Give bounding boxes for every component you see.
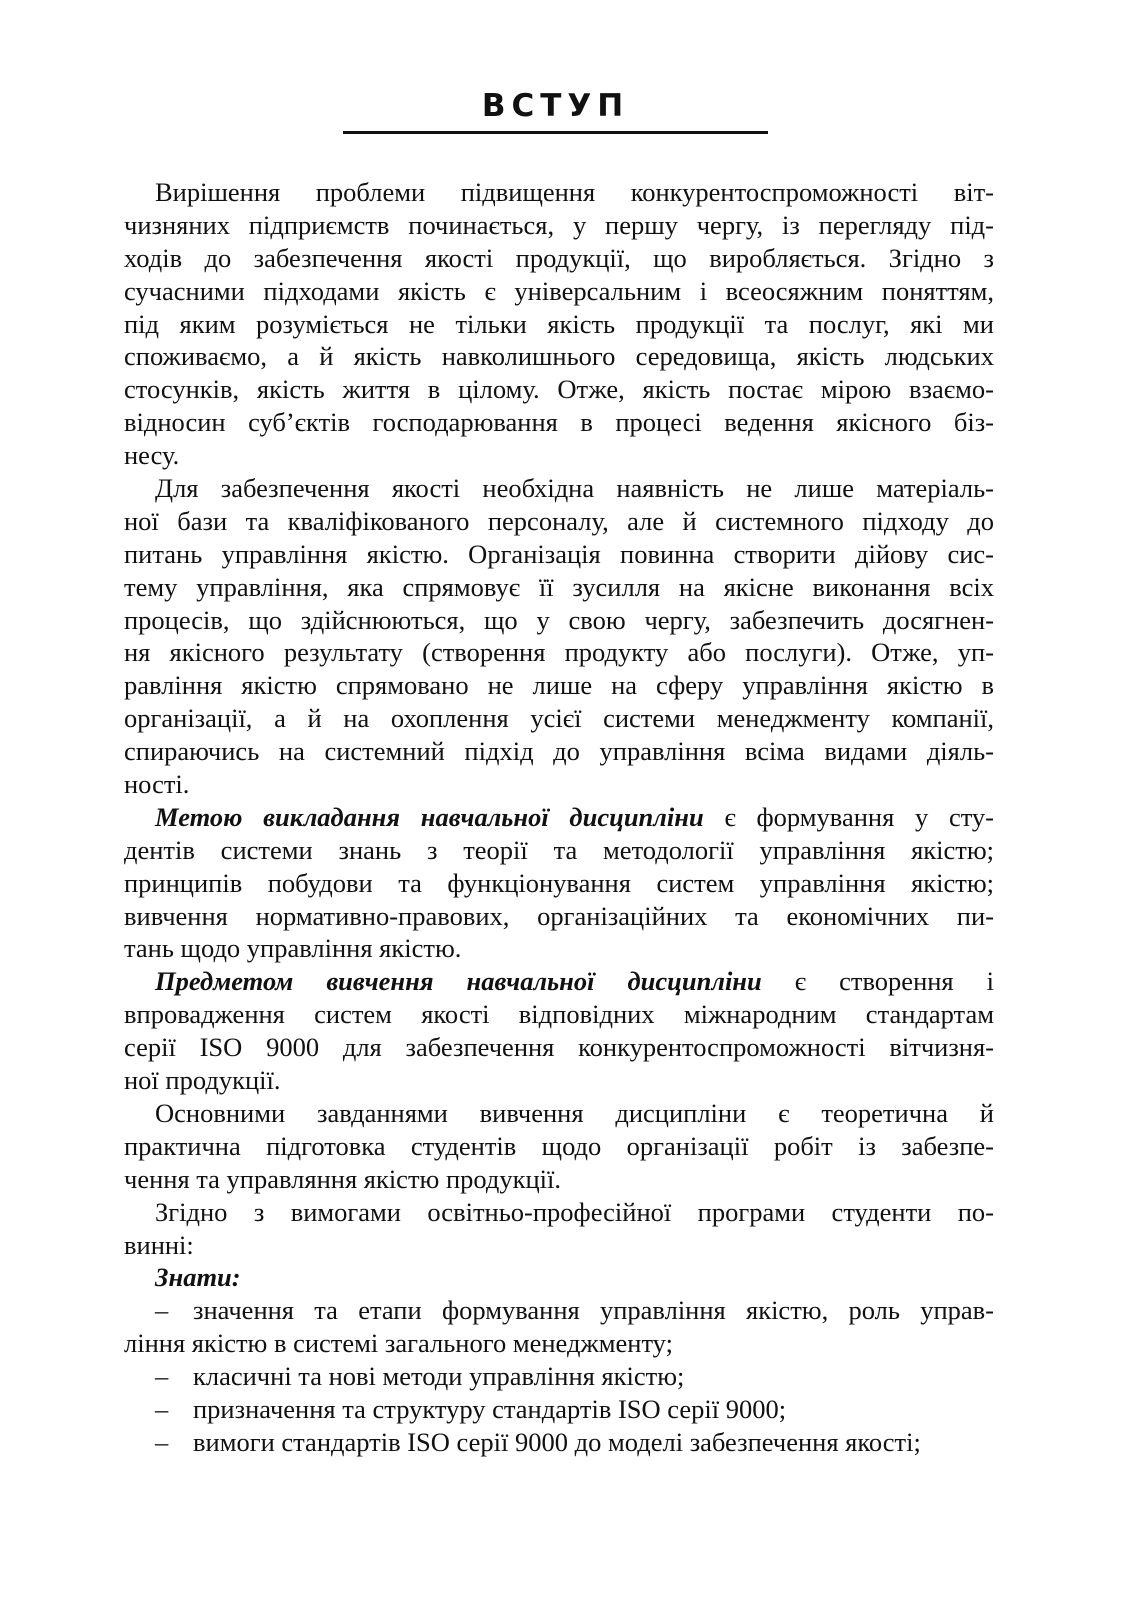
list-item-text: призначення та структуру стандартів ISO … [193,1394,786,1424]
know-section: Знати: –значення та етапи формування упр… [124,1261,994,1458]
text-line: серії ISO 9000 для забезпечення конкурен… [124,1031,994,1064]
title-underline [343,131,768,134]
text-line: ня якісного результату (створення продук… [124,636,994,669]
body-text: Вирішення проблеми підвищення конкуренто… [124,176,994,1459]
text-line: впровадження систем якості відповідних м… [124,998,994,1031]
text-fragment: є створення і [795,966,994,996]
text-line: практична підготовка студентів щодо орга… [124,1130,994,1163]
list-item: –призначення та структуру стандартів ISO… [124,1393,994,1426]
text-line: Вирішення проблеми підвищення конкуренто… [124,176,994,209]
text-line: ної бази та кваліфікованого персоналу, а… [124,505,994,538]
text-line: тему управління, яка спрямовує її зусилл… [124,571,994,604]
text-line: –класичні та нові методи управління якіс… [124,1360,994,1393]
text-line: організації, а й на охоплення усієї сист… [124,702,994,735]
paragraph-tasks: Основними завданнями вивчення дисципліни… [124,1097,994,1196]
know-heading: Знати: [155,1262,241,1292]
paragraph-requirements: Згідно з вимогами освітньо-професійної п… [124,1196,994,1262]
paragraph-course-subject: Предметом вивчення навчальної дисципліни… [124,965,994,1097]
list-item: –класичні та нові методи управління якіс… [124,1360,994,1393]
text-line: ління якістю в системі загального менедж… [124,1327,994,1360]
list-item: –значення та етапи формування управління… [124,1294,994,1360]
dash-bullet-icon: – [155,1393,193,1426]
emphasis-subject: Предметом вивчення навчальної дисципліни [155,966,762,996]
text-line: Згідно з вимогами освітньо-професійної п… [124,1196,994,1229]
document-page: ВСТУП Вирішення проблеми підвищення конк… [0,0,1142,1615]
page-title: ВСТУП [343,88,768,124]
dash-bullet-icon: – [155,1426,193,1459]
text-line: принципів побудови та функціонування сис… [124,867,994,900]
text-line: Основними завданнями вивчення дисципліни… [124,1097,994,1130]
paragraph-intro: Вирішення проблеми підвищення конкуренто… [124,176,994,472]
text-line: дентів системи знань з теорії та методол… [124,834,994,867]
text-line: споживаємо, а й якість навколишнього сер… [124,340,994,373]
dash-bullet-icon: – [155,1360,193,1393]
text-line: чення та управляння якістю продукції. [124,1163,994,1196]
text-line: –вимоги стандартів ISO серії 9000 до мод… [124,1426,994,1459]
text-line: під яким розуміється не тільки якість пр… [124,308,994,341]
dash-bullet-icon: – [155,1294,193,1327]
text-line: равління якістю спрямовано не лише на сф… [124,669,994,702]
text-line: ної продукції. [124,1064,994,1097]
know-list: –значення та етапи формування управління… [124,1294,994,1458]
text-line: винні: [124,1229,994,1262]
text-line: несу. [124,439,994,472]
text-line: чизняних підприємств починається, у перш… [124,209,994,242]
text-line: –призначення та структуру стандартів ISO… [124,1393,994,1426]
text-line: вивчення нормативно-правових, організаці… [124,900,994,933]
text-line: ходів до забезпечення якості продукції, … [124,242,994,275]
text-line: Предметом вивчення навчальної дисципліни… [124,965,994,998]
emphasis-goal: Метою викладання навчальної дисципліни [155,802,704,832]
text-line: сучасними підходами якість є універсальн… [124,275,994,308]
text-line: спираючись на системний підхід до управл… [124,735,994,768]
list-item-text: класичні та нові методи управління якіст… [193,1361,684,1391]
text-line: тань щодо управління якістю. [124,932,994,965]
list-item: –вимоги стандартів ISO серії 9000 до мод… [124,1426,994,1459]
paragraph-quality-system: Для забезпечення якості необхідна наявні… [124,472,994,801]
text-line: –значення та етапи формування управління… [124,1294,994,1327]
text-line: Метою викладання навчальної дисципліни є… [124,801,994,834]
text-line: Для забезпечення якості необхідна наявні… [124,472,994,505]
text-line: Знати: [124,1261,994,1294]
paragraph-course-goal: Метою викладання навчальної дисципліни є… [124,801,994,965]
text-line: стосунків, якість життя в цілому. Отже, … [124,373,994,406]
list-item-text: значення та етапи формування управління … [193,1295,994,1325]
text-line: питань управління якістю. Організація по… [124,538,994,571]
text-line: процесів, що здійснюються, що у свою чер… [124,604,994,637]
text-line: відносин суб’єктів господарювання в проц… [124,406,994,439]
text-fragment: є формування у сту- [724,802,994,832]
text-line: ності. [124,768,994,801]
list-item-text: вимоги стандартів ISO серії 9000 до моде… [193,1427,921,1457]
